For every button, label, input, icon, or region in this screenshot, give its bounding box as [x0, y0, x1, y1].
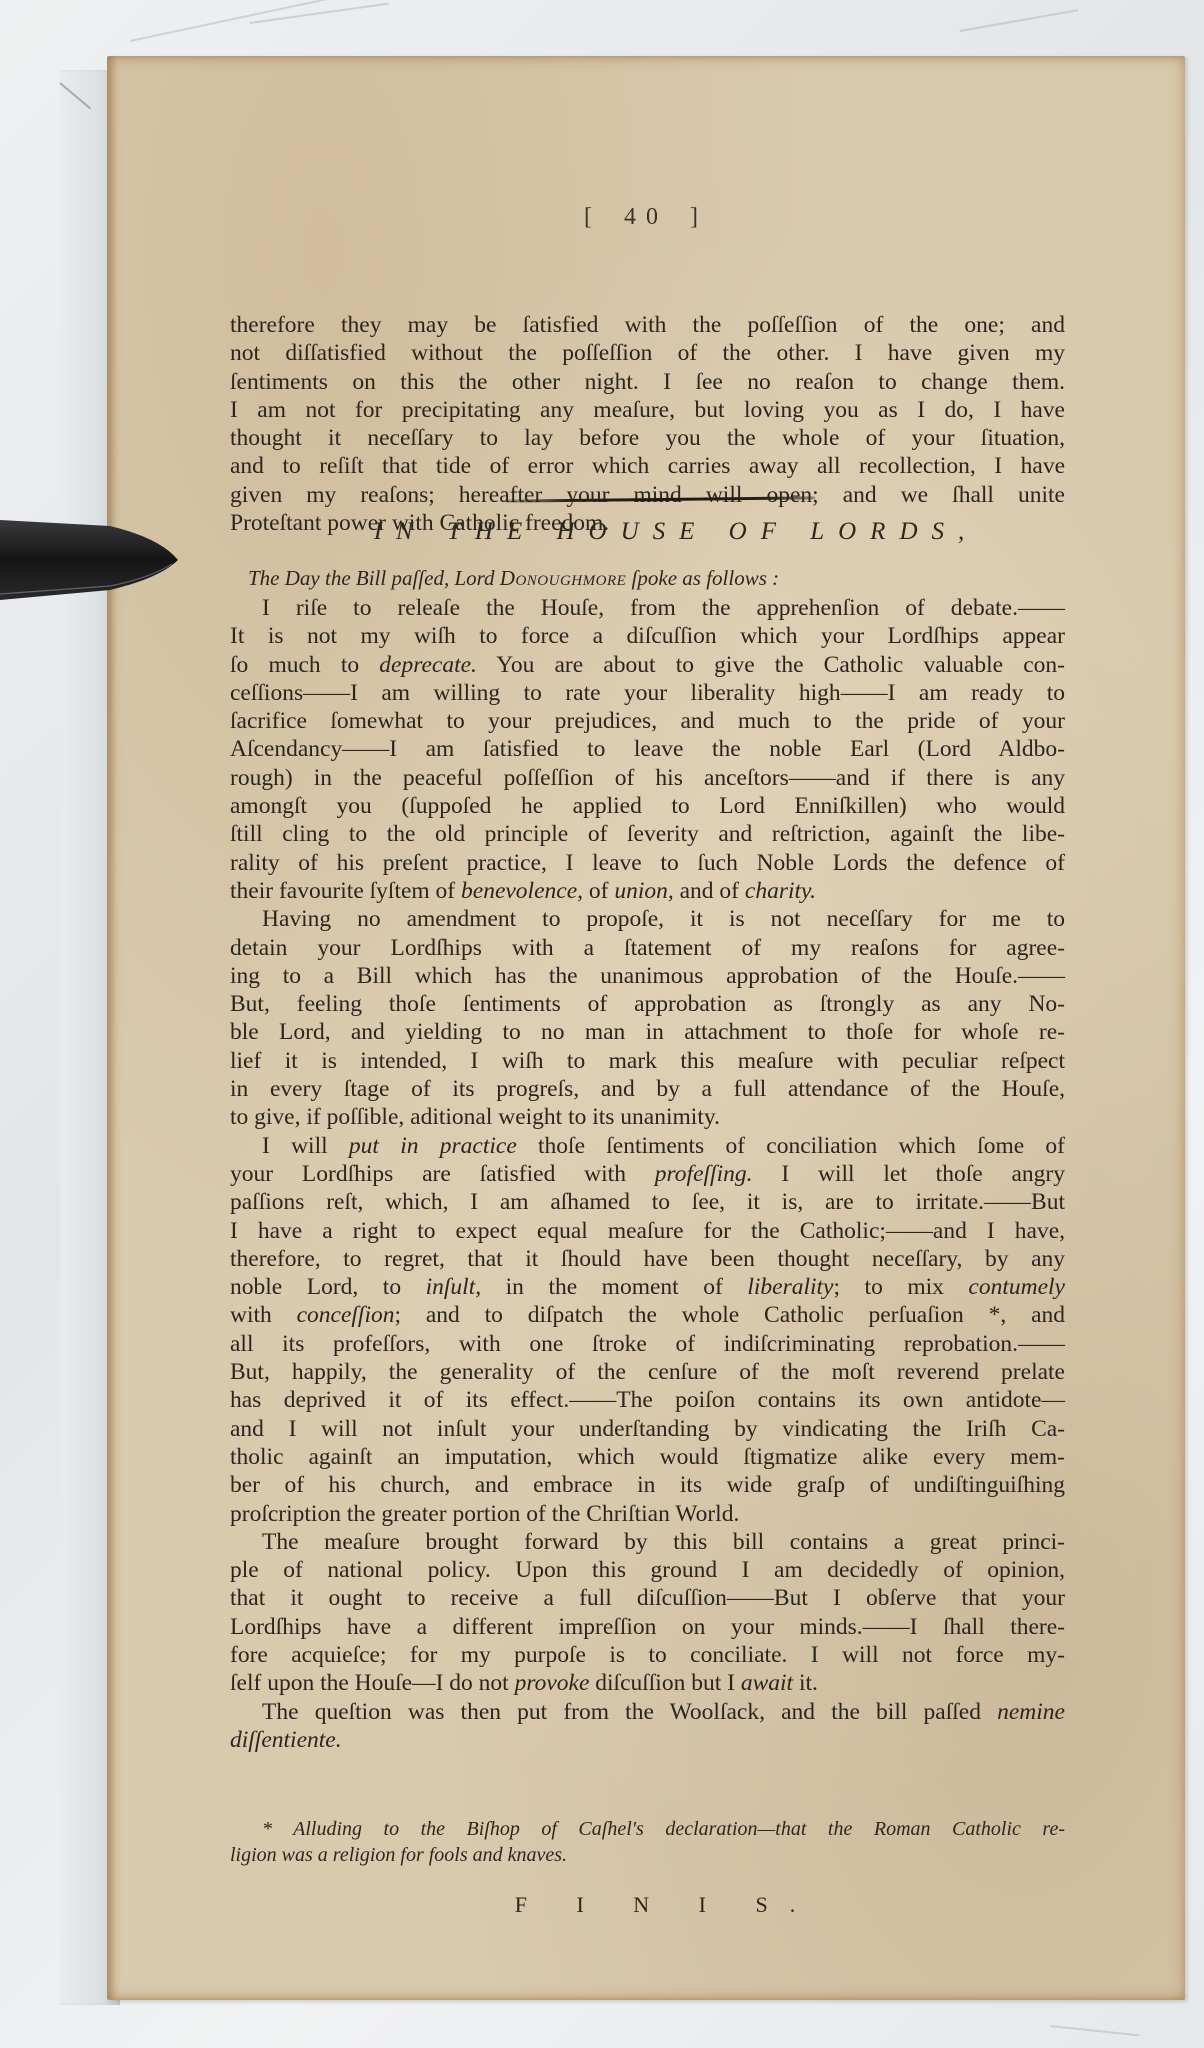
text-run: to give, if poſſible, aditional weight t… [230, 1104, 720, 1130]
text-line: ble Lord, and yielding to no man in atta… [230, 1018, 1065, 1046]
opening-paragraph: therefore they may be ſatisfied with the… [230, 311, 1065, 537]
text-line: thought it neceſſary to lay before you t… [230, 424, 1065, 452]
text-line: tholic againſt an imputation, which woul… [230, 1443, 1065, 1471]
text-run: I am not for precipitating any meaſure, … [230, 397, 1065, 423]
text-run: ber of his church, and embrace in its wi… [230, 1472, 1065, 1498]
text-run: ligion was a religion for fools and knav… [230, 1844, 567, 1866]
text-line: noble Lord, to inſult, in the moment of … [230, 1273, 1065, 1301]
text-run: ſtill cling to the old principle of ſeve… [230, 821, 1065, 847]
footnote: * Alluding to the Biſhop of Caſhel's dec… [230, 1816, 1065, 1868]
text-run: that it ought to receive a full diſcuſſi… [230, 1585, 1065, 1611]
speech-intro: The Day the Bill paſſed, Lord Donoughmor… [248, 566, 779, 591]
text-line: Lordſhips have a different impreſſion on… [230, 1613, 1065, 1641]
text-run: But, happily, the generality of the cenſ… [230, 1359, 1065, 1385]
text-line: rality of his preſent practice, I leave … [230, 849, 1065, 877]
text-line: I will put in practice thoſe ſentiments … [230, 1132, 1065, 1160]
finis-colophon: F I N I S. [107, 1892, 1185, 1918]
text-line: amongſt you (ſuppoſed he applied to Lord… [230, 792, 1065, 820]
speaker-name: Donoughmore [500, 566, 627, 590]
italic-emphasis: charity. [745, 878, 816, 904]
speech-intro-prefix: The Day the Bill paſſed, Lord [248, 566, 495, 590]
text-run: ple of national policy. Upon this ground… [230, 1557, 1065, 1583]
italic-emphasis: conceſſion [297, 1302, 395, 1328]
text-line: proſcription the greater portion of the … [230, 1500, 1065, 1528]
text-run: has deprived it of its effect.——The poiſ… [230, 1387, 1065, 1413]
italic-emphasis: put in practice [349, 1133, 517, 1159]
text-run: I have a right to expect equal meaſure f… [230, 1218, 1065, 1244]
text-line: paſſions reſt, which, I am aſhamed to ſe… [230, 1188, 1065, 1216]
italic-emphasis: profeſſing. [655, 1161, 753, 1187]
text-run: ſacrifice ſomewhat to your prejudices, a… [230, 708, 1065, 734]
text-line: But, happily, the generality of the cenſ… [230, 1358, 1065, 1386]
text-line: in every ſtage of its progreſs, and by a… [230, 1075, 1065, 1103]
text-line: therefore they may be ſatisfied with the… [230, 311, 1065, 339]
text-line: your Lordſhips are ſatisfied with profeſ… [230, 1160, 1065, 1188]
text-line: therefore, to regret, that it ſhould hav… [230, 1245, 1065, 1273]
surface-vein [960, 9, 1079, 32]
text-line: The meaſure brought forward by this bill… [230, 1528, 1065, 1556]
text-run: diſcuſſion but I [589, 1670, 740, 1696]
text-line: I have a right to expect equal meaſure f… [230, 1217, 1065, 1245]
text-line: and to reſiſt that tide of error which c… [230, 452, 1065, 480]
speech-intro-suffix: ſpoke as follows : [632, 566, 780, 590]
text-run: paſſions reſt, which, I am aſhamed to ſe… [230, 1189, 1065, 1215]
text-run: rough) in the peaceful poſſeſſion of his… [230, 765, 1065, 791]
text-line: has deprived it of its effect.——The poiſ… [230, 1386, 1065, 1414]
text-run: and of [674, 878, 745, 904]
text-line: that it ought to receive a full diſcuſſi… [230, 1584, 1065, 1612]
text-line: But, feeling thoſe ſentiments of approba… [230, 990, 1065, 1018]
text-run: It is not my wiſh to force a diſcuſſion … [230, 623, 1065, 649]
text-run: thought it neceſſary to lay before you t… [230, 425, 1065, 451]
text-line: lief it is intended, I wiſh to mark this… [230, 1047, 1065, 1075]
page-content: [ 40 ] therefore they may be ſatisfied w… [107, 56, 1185, 2000]
text-line: given my reaſons; hereafter your mind wi… [230, 481, 1065, 509]
text-run: The queſtion was then put from the Woolſ… [262, 1699, 997, 1725]
text-line: ſo much to deprecate. You are about to g… [230, 651, 1065, 679]
text-run: and to reſiſt that tide of error which c… [230, 453, 1065, 479]
text-line: It is not my wiſh to force a diſcuſſion … [230, 622, 1065, 650]
text-run: rality of his preſent practice, I leave … [230, 850, 1065, 876]
text-line: all its profeſſors, with one ſtroke of i… [230, 1330, 1065, 1358]
text-run: with [230, 1302, 297, 1328]
text-run: of [583, 878, 614, 904]
text-run: your Lordſhips are ſatisfied with [230, 1161, 655, 1187]
text-run: ing to a Bill which has the unanimous ap… [230, 963, 1065, 989]
text-line: ple of national policy. Upon this ground… [230, 1556, 1065, 1584]
text-run: given my reaſons; hereafter your mind wi… [230, 482, 1065, 508]
text-run: ſentiments on this the other night. I ſe… [230, 369, 1065, 395]
surface-vein [130, 0, 336, 42]
text-line: diſſentiente. [230, 1726, 1065, 1754]
text-line: to give, if poſſible, aditional weight t… [230, 1103, 1065, 1131]
text-line: ſentiments on this the other night. I ſe… [230, 368, 1065, 396]
text-line: ſtill cling to the old principle of ſeve… [230, 820, 1065, 848]
italic-emphasis: contumely [968, 1274, 1065, 1300]
text-run: ceſſions——I am willing to rate your libe… [230, 680, 1065, 706]
text-line: detain your Lordſhips with a ſtatement o… [230, 934, 1065, 962]
italic-emphasis: benevolence, [461, 878, 583, 904]
text-line: rough) in the peaceful poſſeſſion of his… [230, 764, 1065, 792]
text-run: detain your Lordſhips with a ſtatement o… [230, 935, 1065, 961]
text-line: with conceſſion; and to diſpatch the who… [230, 1301, 1065, 1329]
page-number: [ 40 ] [107, 204, 1185, 231]
italic-emphasis: await [741, 1670, 793, 1696]
text-run: thoſe ſentiments of conciliation which ſ… [517, 1133, 1065, 1159]
text-line: ber of his church, and embrace in its wi… [230, 1471, 1065, 1499]
text-line: not diſſatisfied without the poſſeſſion … [230, 339, 1065, 367]
text-line: ing to a Bill which has the unanimous ap… [230, 962, 1065, 990]
text-line: ligion was a religion for fools and knav… [230, 1842, 1065, 1868]
text-line: ſelf upon the Houſe—I do not provoke diſ… [230, 1669, 1065, 1697]
text-run: ble Lord, and yielding to no man in atta… [230, 1019, 1065, 1045]
text-line: The queſtion was then put from the Woolſ… [230, 1698, 1065, 1726]
italic-emphasis: nemine [997, 1699, 1065, 1725]
speech-body: I riſe to releaſe the Houſe, from the ap… [230, 594, 1065, 1754]
text-run: therefore they may be ſatisfied with the… [230, 312, 1065, 338]
text-run: I riſe to releaſe the Houſe, from the ap… [262, 595, 1065, 621]
text-run: Aſcendancy——I am ſatisfied to leave the … [230, 736, 1065, 762]
text-run: ; and to diſpatch the whole Catholic per… [395, 1302, 1066, 1328]
book-page: [ 40 ] therefore they may be ſatisfied w… [107, 56, 1185, 2000]
text-run: ſo much to [230, 652, 379, 678]
text-run: You are about to give the Catholic valua… [477, 652, 1065, 678]
text-line: ceſſions——I am willing to rate your libe… [230, 679, 1065, 707]
text-run: ſelf upon the Houſe—I do not [230, 1670, 515, 1696]
text-line: Aſcendancy——I am ſatisfied to leave the … [230, 735, 1065, 763]
text-run: it. [793, 1670, 818, 1696]
text-run: * Alluding to the Biſhop of Caſhel's dec… [262, 1818, 1065, 1840]
blade-object [0, 508, 180, 604]
text-run: noble Lord, to [230, 1274, 426, 1300]
text-run: But, feeling thoſe ſentiments of approba… [230, 991, 1065, 1017]
text-run: The meaſure brought forward by this bill… [262, 1529, 1065, 1555]
text-run: in every ſtage of its progreſs, and by a… [230, 1076, 1065, 1102]
text-line: I am not for precipitating any meaſure, … [230, 396, 1065, 424]
text-run: Having no amendment to propoſe, it is no… [262, 906, 1065, 932]
text-line: I riſe to releaſe the Houſe, from the ap… [230, 594, 1065, 622]
text-run: amongſt you (ſuppoſed he applied to Lord… [230, 793, 1065, 819]
italic-emphasis: deprecate. [379, 652, 477, 678]
surface-vein [1050, 2025, 1140, 2036]
text-line: Having no amendment to propoſe, it is no… [230, 905, 1065, 933]
text-run: lief it is intended, I wiſh to mark this… [230, 1048, 1065, 1074]
text-run: ; to mix [833, 1274, 968, 1300]
text-run: in the moment of [481, 1274, 747, 1300]
section-heading: IN THE HOUSE OF LORDS, [107, 518, 1185, 546]
text-line: fore acquieſce; for my purpoſe is to con… [230, 1641, 1065, 1669]
text-run: I will let thoſe angry [752, 1161, 1065, 1187]
italic-emphasis: diſſentiente. [230, 1727, 342, 1753]
surface-vein [250, 3, 389, 24]
text-run: all its profeſſors, with one ſtroke of i… [230, 1331, 1065, 1357]
text-line: ſacrifice ſomewhat to your prejudices, a… [230, 707, 1065, 735]
italic-emphasis: liberality [747, 1274, 833, 1300]
italic-emphasis: provoke [515, 1670, 590, 1696]
text-line: their favourite ſyſtem of benevolence, o… [230, 877, 1065, 905]
italic-emphasis: union, [614, 878, 673, 904]
text-line: * Alluding to the Biſhop of Caſhel's dec… [230, 1816, 1065, 1842]
text-run: Lordſhips have a different impreſſion on… [230, 1614, 1065, 1640]
text-run: tholic againſt an imputation, which woul… [230, 1444, 1065, 1470]
text-run: therefore, to regret, that it ſhould hav… [230, 1246, 1065, 1272]
text-run: not diſſatisfied without the poſſeſſion … [230, 340, 1065, 366]
italic-emphasis: inſult, [426, 1274, 482, 1300]
text-run: I will [262, 1133, 349, 1159]
text-run: proſcription the greater portion of the … [230, 1501, 739, 1527]
text-run: their favourite ſyſtem of [230, 878, 461, 904]
text-run: fore acquieſce; for my purpoſe is to con… [230, 1642, 1065, 1668]
text-run: and I will not inſult your underſtanding… [230, 1416, 1065, 1442]
text-line: and I will not inſult your underſtanding… [230, 1415, 1065, 1443]
